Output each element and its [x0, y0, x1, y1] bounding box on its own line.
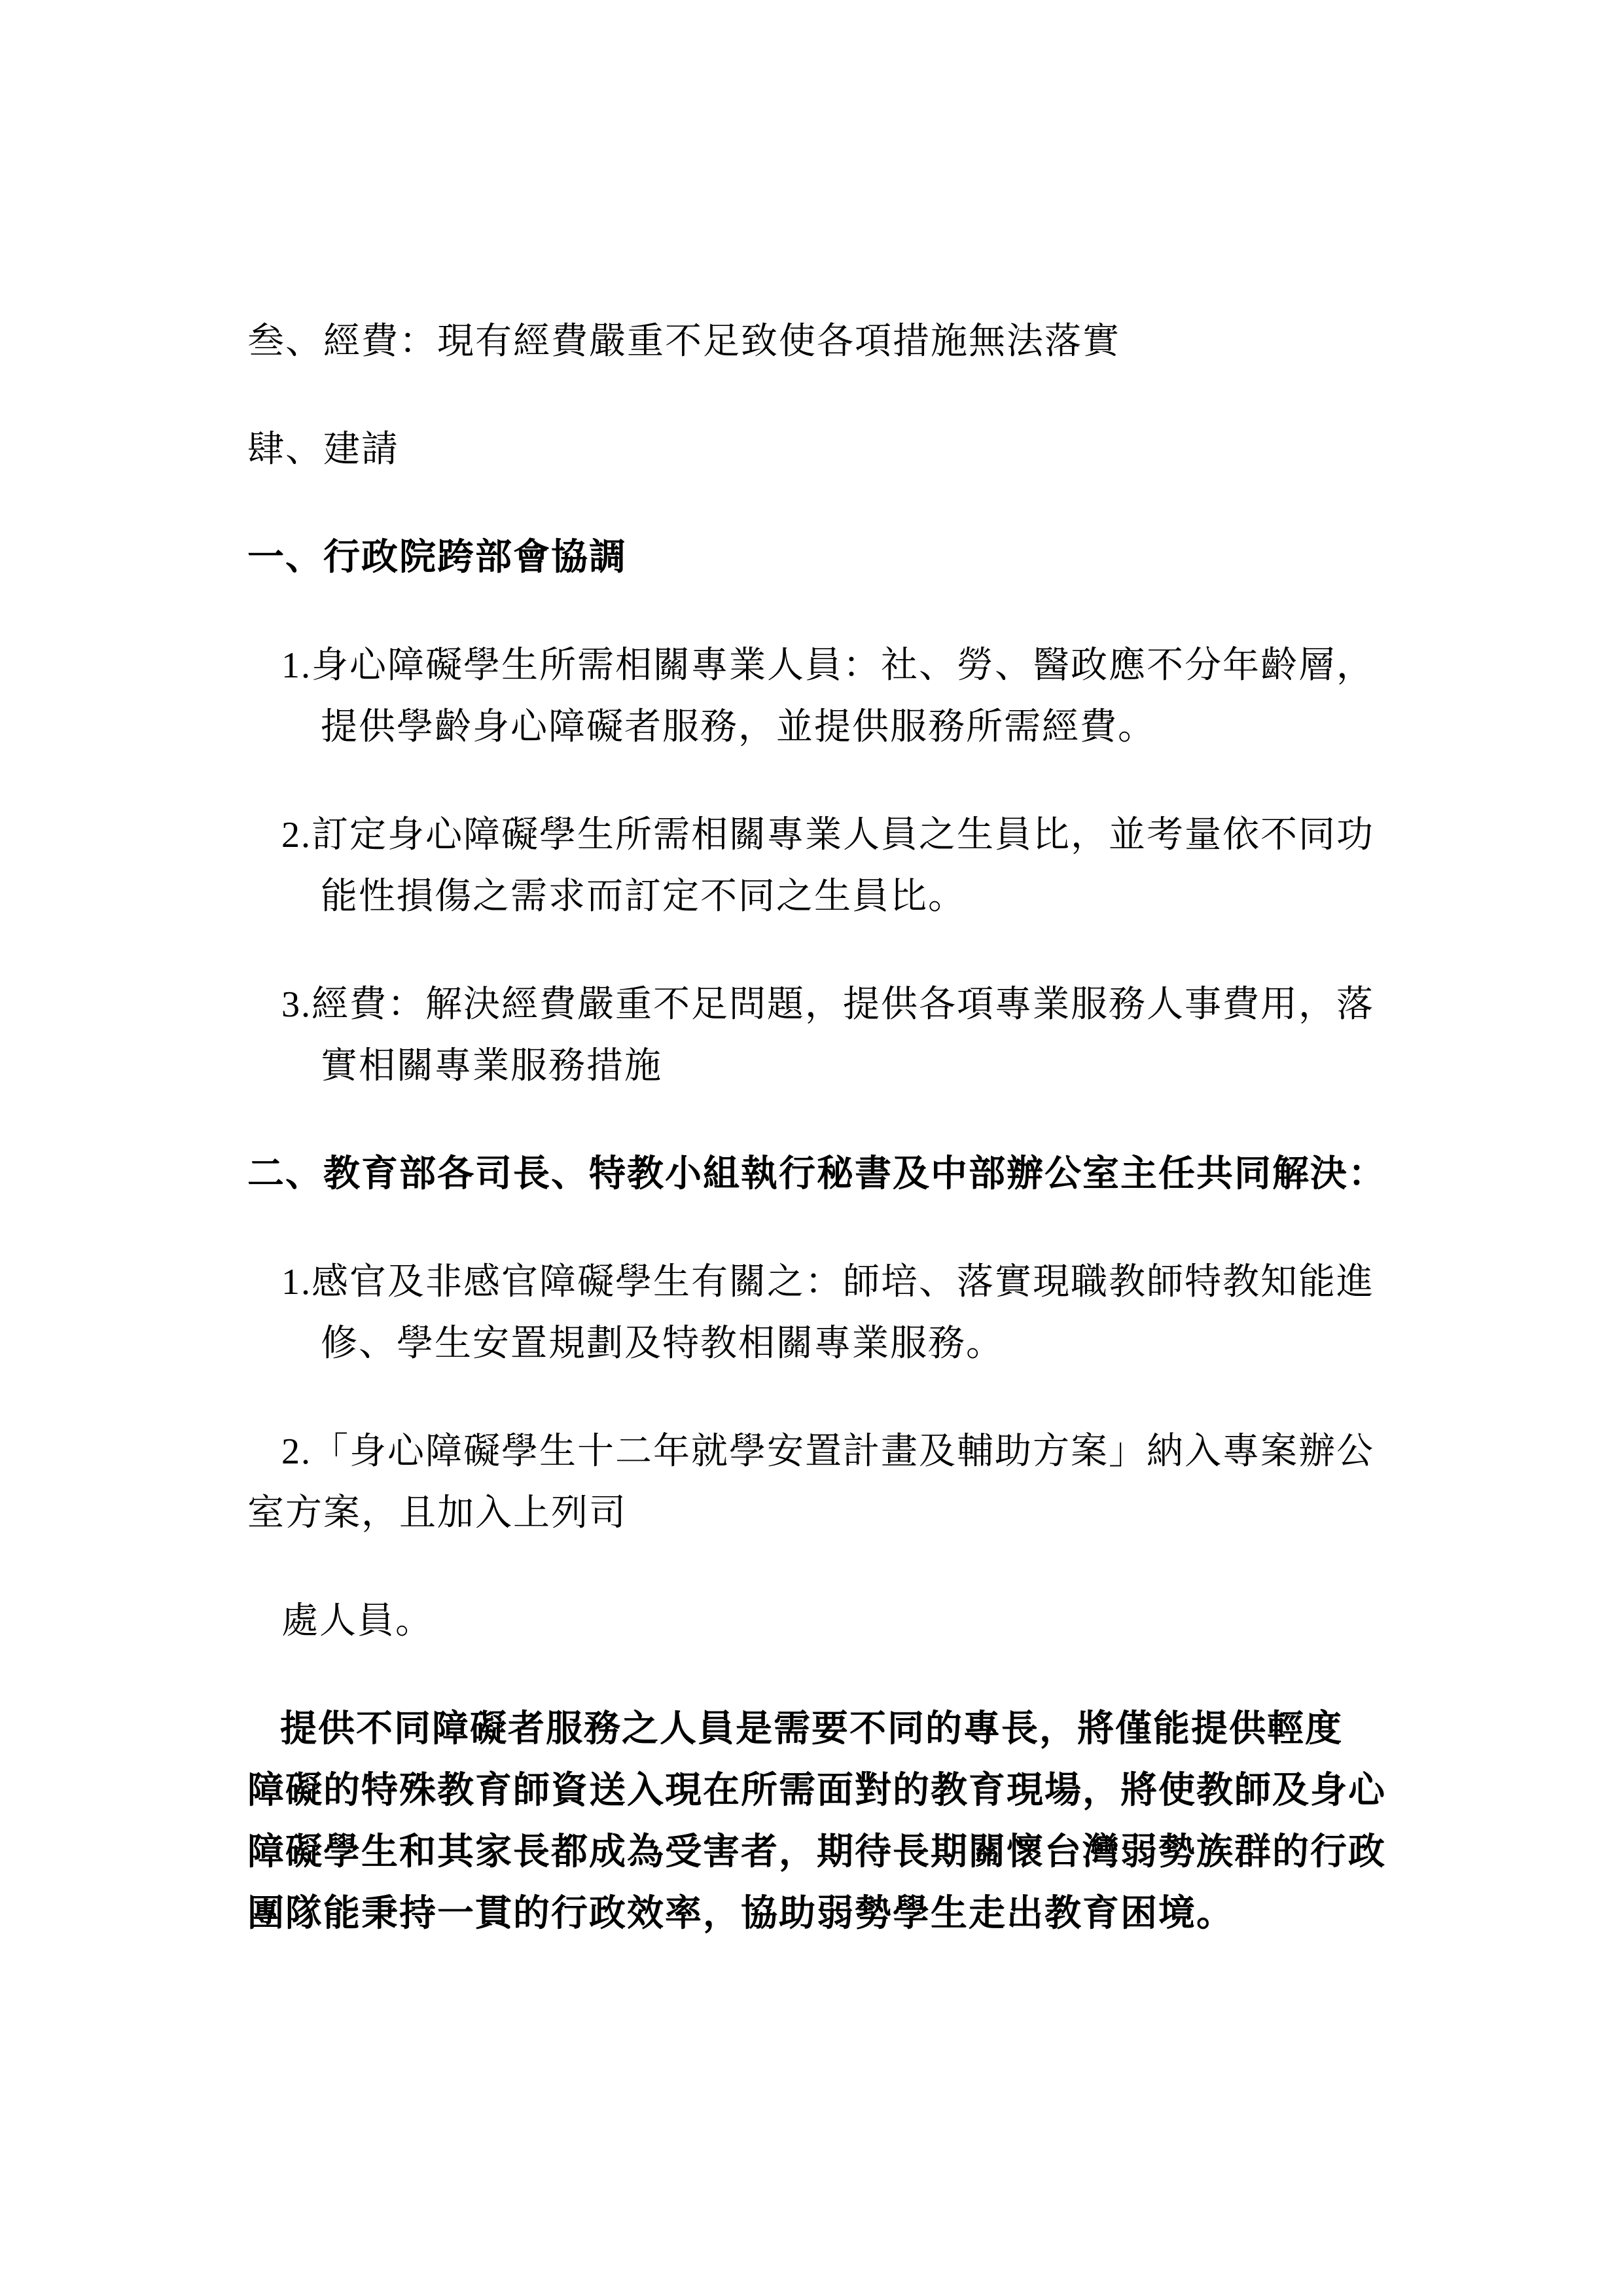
subsection-2-item-2: 2.「身心障礙學生十二年就學安置計畫及輔助方案」納入專案辦公 室方案，且加入上列… — [247, 1421, 1387, 1544]
subsection-2-heading: 二、教育部各司長、特教小組執行秘書及中部辦公室主任共同解決： — [247, 1143, 1387, 1205]
section-3-heading: 叁、經費：現有經費嚴重不足致使各項措施無法落實 — [247, 311, 1387, 372]
subsection-1-item-2: 2.訂定身心障礙學生所需相關專業人員之生員比，並考量依不同功 能性損傷之需求而訂… — [247, 804, 1387, 927]
section-4-heading: 肆、建請 — [247, 419, 1387, 480]
paragraph-line: 提供不同障礙者服務之人員是需要不同的專長，將僅能提供輕度 — [247, 1698, 1387, 1760]
paragraph-line: 修、學生安置規劃及特教相關專業服務。 — [247, 1313, 1387, 1374]
subsection-1-item-3: 3.經費：解決經費嚴重不足問題，提供各項專業服務人事費用，落 實相關專業服務措施 — [247, 974, 1387, 1097]
document-page: 叁、經費：現有經費嚴重不足致使各項措施無法落實 肆、建請 一、行政院跨部會協調 … — [0, 0, 1623, 2296]
paragraph-line: 3.經費：解決經費嚴重不足問題，提供各項專業服務人事費用，落 — [247, 974, 1387, 1035]
paragraph-line: 團隊能秉持一貫的行政效率，協助弱勢學生走出教育困境。 — [247, 1883, 1387, 1945]
paragraph-line: 肆、建請 — [247, 419, 1387, 480]
paragraph-line: 二、教育部各司長、特教小組執行秘書及中部辦公室主任共同解決： — [247, 1143, 1387, 1205]
paragraph-line: 障礙學生和其家長都成為受害者，期待長期關懷台灣弱勢族群的行政 — [247, 1821, 1387, 1883]
subsection-1-item-1: 1.身心障礙學生所需相關專業人員：社、勞、醫政應不分年齡層， 提供學齡身心障礙者… — [247, 635, 1387, 758]
paragraph-line: 實相關專業服務措施 — [247, 1035, 1387, 1097]
paragraph-line: 一、行政院跨部會協調 — [247, 527, 1387, 588]
subsection-2-item-2-continuation: 處人員。 — [247, 1590, 1387, 1652]
paragraph-line: 提供學齡身心障礙者服務，並提供服務所需經費。 — [247, 696, 1387, 758]
paragraph-line: 叁、經費：現有經費嚴重不足致使各項措施無法落實 — [247, 311, 1387, 372]
paragraph-line: 1.感官及非感官障礙學生有關之：師培、落實現職教師特教知能進 — [247, 1251, 1387, 1313]
subsection-1-heading: 一、行政院跨部會協調 — [247, 527, 1387, 588]
paragraph-line: 障礙的特殊教育師資送入現在所需面對的教育現場，將使教師及身心 — [247, 1760, 1387, 1821]
closing-paragraph: 提供不同障礙者服務之人員是需要不同的專長，將僅能提供輕度 障礙的特殊教育師資送入… — [247, 1698, 1387, 1945]
document-content: 叁、經費：現有經費嚴重不足致使各項措施無法落實 肆、建請 一、行政院跨部會協調 … — [0, 0, 1623, 2296]
paragraph-line: 室方案，且加入上列司 — [247, 1482, 1387, 1544]
paragraph-line: 2.「身心障礙學生十二年就學安置計畫及輔助方案」納入專案辦公 — [247, 1421, 1387, 1482]
subsection-2-item-1: 1.感官及非感官障礙學生有關之：師培、落實現職教師特教知能進 修、學生安置規劃及… — [247, 1251, 1387, 1374]
paragraph-line: 處人員。 — [247, 1590, 1387, 1652]
paragraph-line: 能性損傷之需求而訂定不同之生員比。 — [247, 866, 1387, 927]
paragraph-line: 2.訂定身心障礙學生所需相關專業人員之生員比，並考量依不同功 — [247, 804, 1387, 866]
paragraph-line: 1.身心障礙學生所需相關專業人員：社、勞、醫政應不分年齡層， — [247, 635, 1387, 696]
